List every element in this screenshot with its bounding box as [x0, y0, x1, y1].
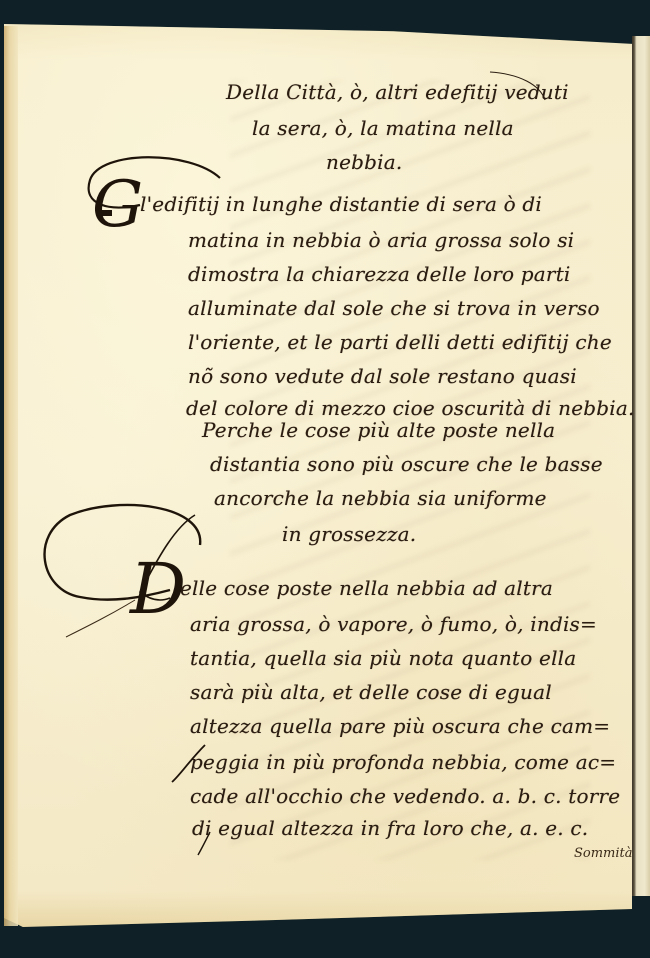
text-line: ancorche la nebbia sia uniforme	[214, 486, 547, 510]
text-line: aria grossa, ò vapore, ò fumo, ò, indis=	[190, 612, 597, 636]
text-line: distantia sono più oscure che le basse	[210, 452, 603, 476]
text-line: peggia in più profonda nebbia, come ac=	[190, 750, 616, 774]
heading-line: nebbia.	[326, 150, 402, 174]
text-line: l'edifitij in lunghe distantie di sera ò…	[140, 192, 542, 216]
text-line: elle cose poste nella nebbia ad altra	[180, 576, 553, 600]
next-page-edge	[632, 36, 650, 896]
decorated-initial: G	[92, 168, 143, 242]
catchword: Sommità	[574, 846, 633, 861]
text-line: Perche le cose più alte poste nella	[202, 418, 555, 442]
text-line: alluminate dal sole che si trova in vers…	[188, 296, 600, 320]
decorated-initial: D	[130, 548, 186, 630]
text-line: di egual altezza in fra loro che, a. e. …	[192, 816, 588, 840]
page-edge-left	[4, 26, 18, 926]
heading-line: la sera, ò, la matina nella	[252, 116, 514, 140]
text-line: matina in nebbia ò aria grossa solo si	[188, 228, 574, 252]
text-line: del colore di mezzo cioe oscurità di neb…	[186, 396, 635, 420]
text-line: in grossezza.	[282, 522, 416, 546]
text-line: dimostra la chiarezza delle loro parti	[188, 262, 571, 286]
text-line: l'oriente, et le parti delli detti edifi…	[188, 330, 612, 354]
text-line: altezza quella pare più oscura che cam=	[190, 714, 610, 738]
text-line: sarà più alta, et delle cose di egual	[190, 680, 552, 704]
text-line: nõ sono vedute dal sole restano quasi	[188, 364, 577, 388]
text-line: tantia, quella sia più nota quanto ella	[190, 646, 576, 670]
text-line: cade all'occhio che vedendo. a. b. c. to…	[190, 784, 620, 808]
heading-line: Della Città, ò, altri edefitij veduti	[226, 80, 569, 104]
